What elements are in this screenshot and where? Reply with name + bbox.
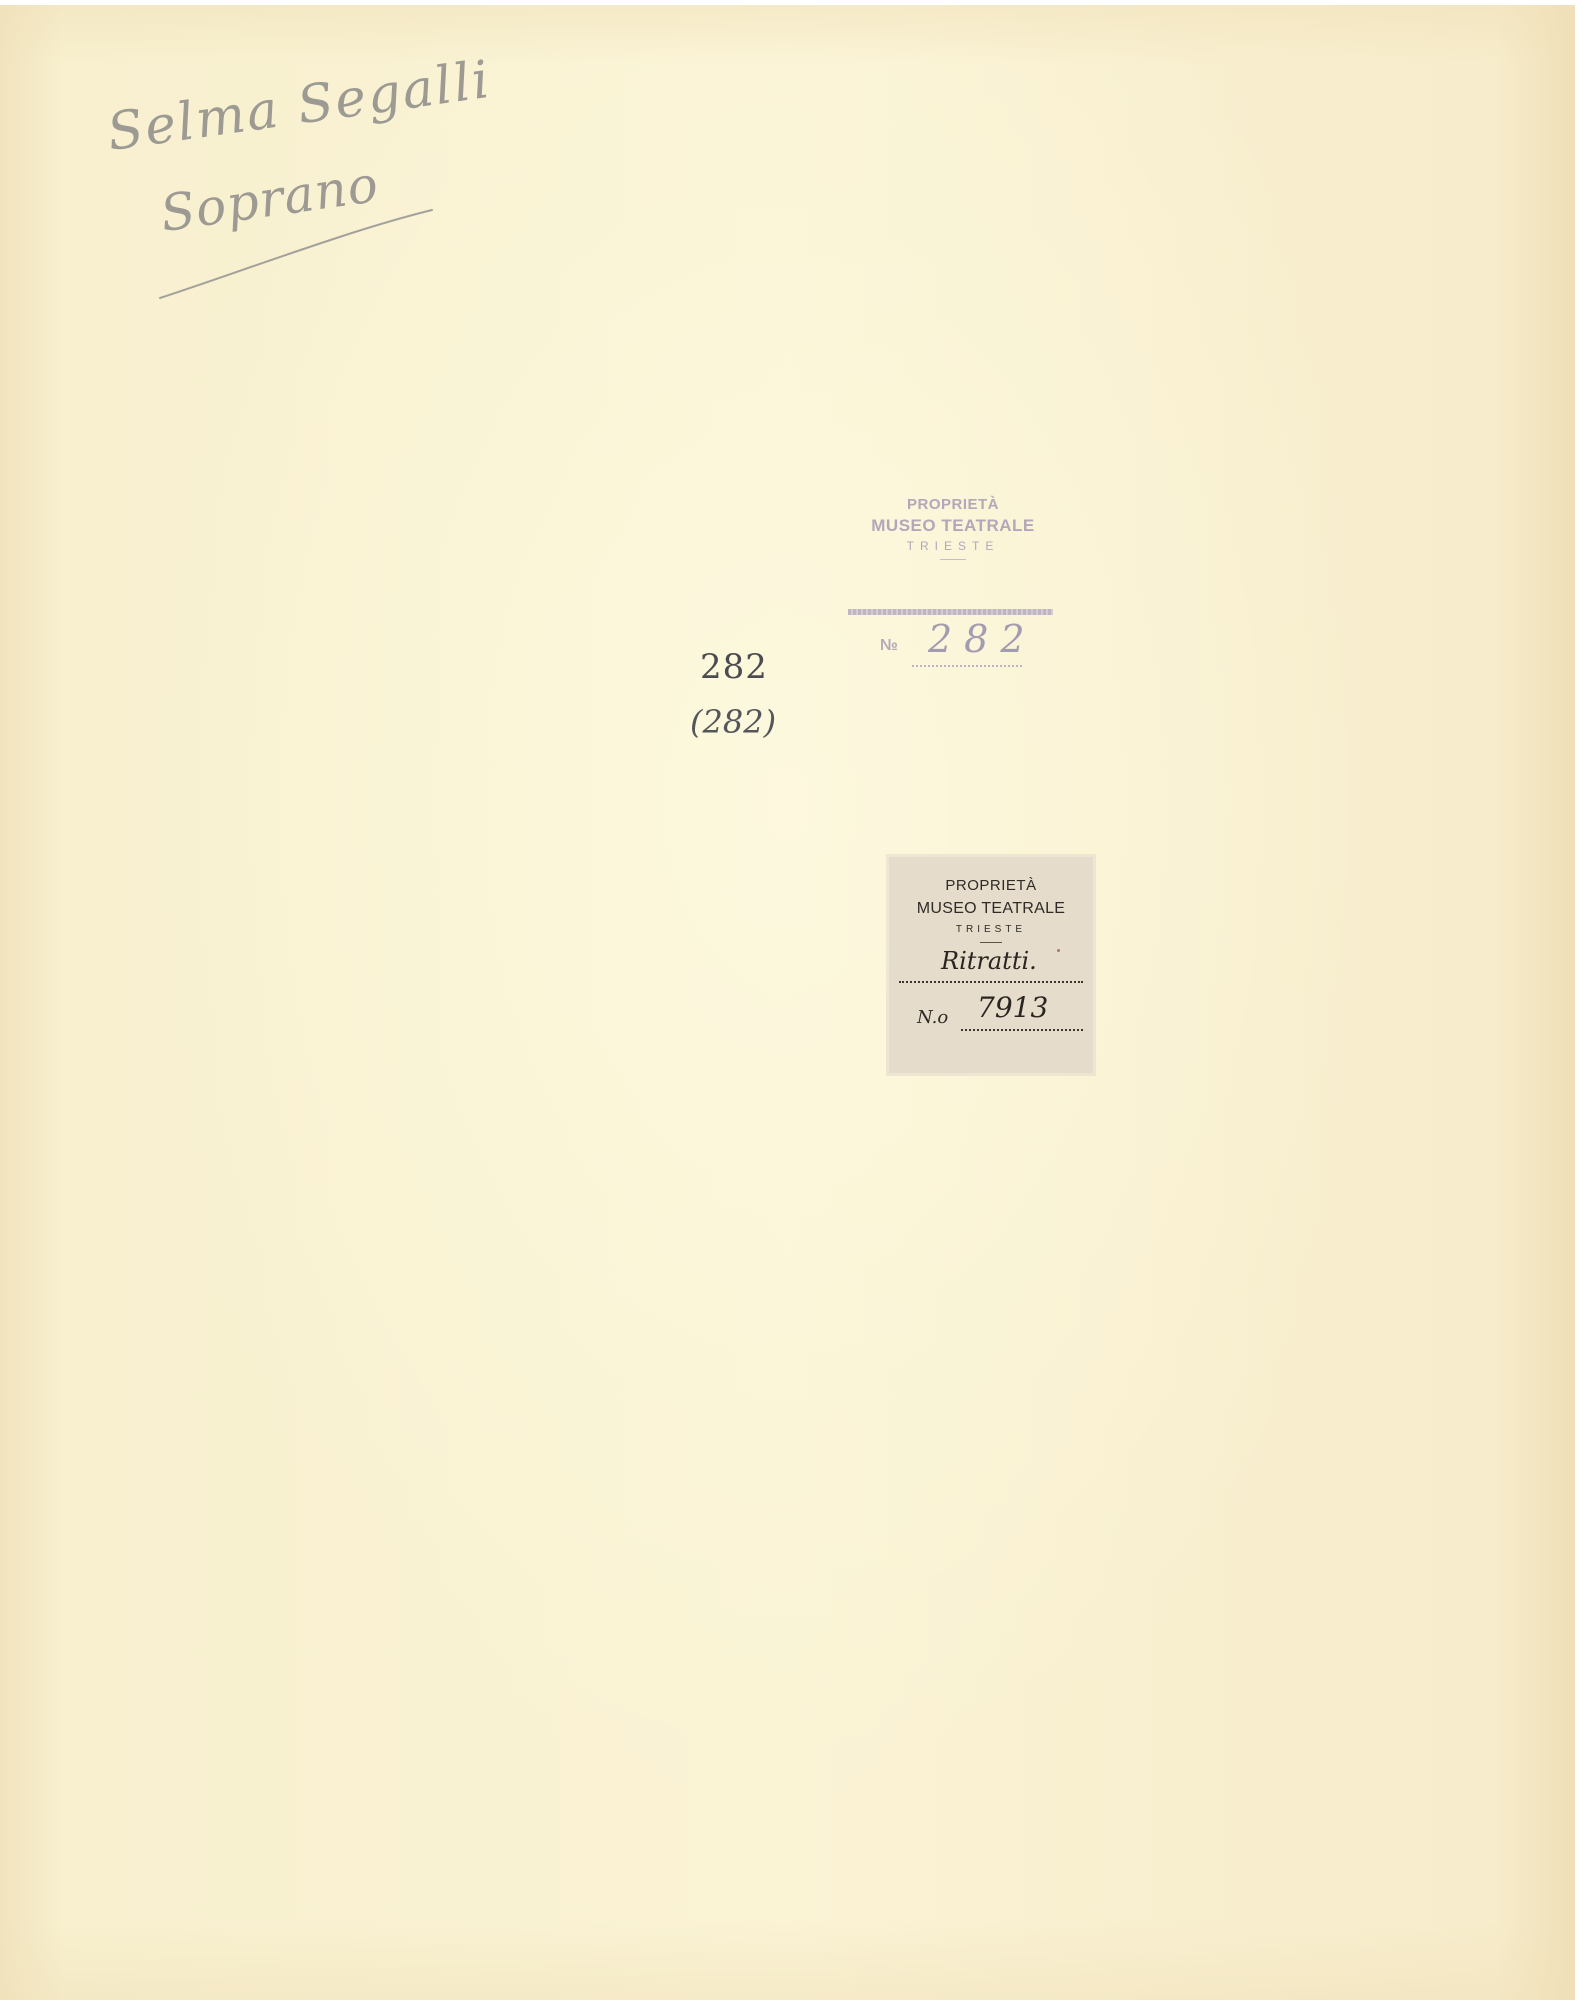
- stamp-line-1: PROPRIETÀ: [848, 495, 1058, 515]
- stamp-rule: [848, 609, 1053, 615]
- museum-inventory-label: PROPRIETÀ MUSEO TEATRALE TRIESTE Ritratt…: [889, 857, 1093, 1073]
- label-number-prefix: N.o: [917, 1007, 948, 1028]
- stamp-divider: [940, 559, 966, 560]
- museum-stamp: PROPRIETÀ MUSEO TEATRALE TRIESTE: [848, 495, 1058, 560]
- label-line-2: MUSEO TEATRALE: [889, 900, 1093, 918]
- label-category-field: Ritratti.: [899, 947, 1083, 983]
- stamp-line-2: MUSEO TEATRALE: [848, 515, 1058, 537]
- ink-number: 282: [700, 647, 768, 687]
- label-line-1: PROPRIETÀ: [889, 877, 1093, 894]
- stamp-number-prefix: №: [880, 637, 898, 655]
- ink-number-parenthesized: (282): [690, 703, 776, 741]
- stamp-number-line: [912, 665, 1022, 667]
- label-number-line: [961, 1029, 1083, 1031]
- label-divider: [980, 942, 1002, 943]
- handwritten-name: Selma Segalli: [104, 50, 495, 163]
- stamp-number: 282: [928, 617, 1037, 661]
- label-number: 7913: [977, 991, 1048, 1024]
- label-line-3: TRIESTE: [889, 924, 1093, 935]
- label-speck: [1057, 949, 1060, 952]
- photo-verso-paper: Selma Segalli Soprano 282 (282) PROPRIET…: [0, 5, 1575, 2000]
- label-number-field: N.o 7913: [899, 995, 1083, 1031]
- label-category: Ritratti.: [941, 947, 1037, 975]
- stamp-line-3: TRIESTE: [848, 537, 1058, 555]
- pencil-underline: [150, 200, 450, 310]
